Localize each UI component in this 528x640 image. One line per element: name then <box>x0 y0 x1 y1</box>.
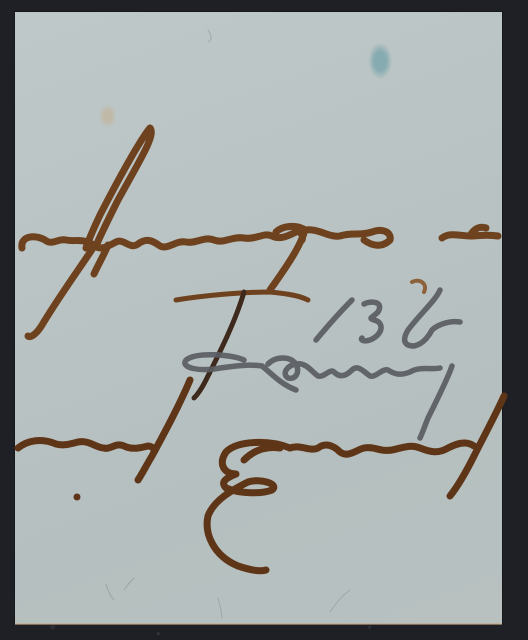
ink-dot <box>74 494 81 501</box>
pencil-annotation <box>185 281 460 438</box>
paper-fibers <box>106 30 350 618</box>
dark-ink-stroke <box>194 292 244 398</box>
handwriting-layer <box>0 0 528 640</box>
